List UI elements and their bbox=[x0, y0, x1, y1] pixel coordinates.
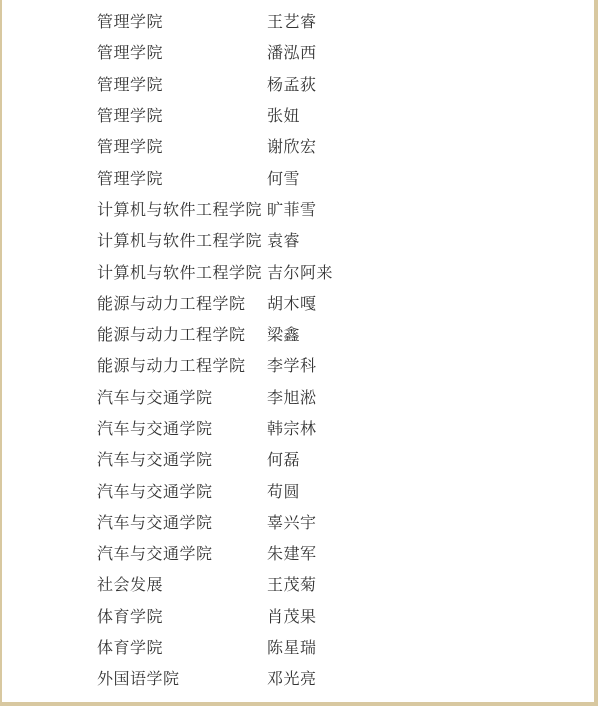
table-row: 计算机与软件工程学院 袁睿 bbox=[2, 224, 594, 255]
table-row: 汽车与交通学院 朱建军 bbox=[2, 537, 594, 568]
college-cell: 管理学院 bbox=[97, 134, 267, 157]
college-cell: 体育学院 bbox=[97, 604, 267, 627]
name-cell: 何磊 bbox=[267, 447, 300, 470]
table-row: 计算机与软件工程学院 旷菲雪 bbox=[2, 193, 594, 224]
college-cell: 管理学院 bbox=[97, 9, 267, 32]
table-row: 社会发展 王茂菊 bbox=[2, 568, 594, 599]
college-cell: 汽车与交通学院 bbox=[97, 416, 267, 439]
name-cell: 肖茂果 bbox=[267, 604, 317, 627]
page-frame: 管理学院 王艺睿 管理学院 潘泓西 管理学院 杨孟荻 管理学院 张妞 管理学院 … bbox=[0, 0, 598, 706]
table-row: 汽车与交通学院 苟圆 bbox=[2, 474, 594, 505]
college-cell: 外国语学院 bbox=[97, 666, 267, 689]
name-cell: 何雪 bbox=[267, 166, 300, 189]
name-cell: 辜兴宇 bbox=[267, 510, 317, 533]
college-cell: 能源与动力工程学院 bbox=[97, 353, 267, 376]
college-cell: 管理学院 bbox=[97, 103, 267, 126]
name-cell: 吉尔阿来 bbox=[267, 260, 333, 283]
name-cell: 王茂菊 bbox=[267, 572, 317, 595]
college-cell: 汽车与交通学院 bbox=[97, 541, 267, 564]
college-cell: 管理学院 bbox=[97, 40, 267, 63]
table-row: 体育学院 陈星瑞 bbox=[2, 631, 594, 662]
college-cell: 计算机与软件工程学院 bbox=[97, 197, 267, 220]
name-cell: 李学科 bbox=[267, 353, 317, 376]
college-cell: 能源与动力工程学院 bbox=[97, 322, 267, 345]
table-row: 管理学院 谢欣宏 bbox=[2, 130, 594, 161]
table-row: 管理学院 张妞 bbox=[2, 99, 594, 130]
table-row: 能源与动力工程学院 李学科 bbox=[2, 349, 594, 380]
name-cell: 韩宗林 bbox=[267, 416, 317, 439]
table-row: 管理学院 王艺睿 bbox=[2, 5, 594, 36]
table-row: 能源与动力工程学院 梁鑫 bbox=[2, 318, 594, 349]
college-cell: 计算机与软件工程学院 bbox=[97, 228, 267, 251]
table-row: 体育学院 肖茂果 bbox=[2, 600, 594, 631]
name-cell: 苟圆 bbox=[267, 479, 300, 502]
table-row: 管理学院 潘泓西 bbox=[2, 36, 594, 67]
college-cell: 能源与动力工程学院 bbox=[97, 291, 267, 314]
table-row: 管理学院 杨孟荻 bbox=[2, 68, 594, 99]
college-cell: 汽车与交通学院 bbox=[97, 510, 267, 533]
name-cell: 袁睿 bbox=[267, 228, 300, 251]
name-cell: 梁鑫 bbox=[267, 322, 300, 345]
college-cell: 管理学院 bbox=[97, 166, 267, 189]
name-cell: 邓光亮 bbox=[267, 666, 317, 689]
name-cell: 张妞 bbox=[267, 103, 300, 126]
college-cell: 汽车与交通学院 bbox=[97, 447, 267, 470]
name-cell: 潘泓西 bbox=[267, 40, 317, 63]
table-row: 汽车与交通学院 李旭淞 bbox=[2, 381, 594, 412]
college-cell: 汽车与交通学院 bbox=[97, 479, 267, 502]
table-row: 汽车与交通学院 何磊 bbox=[2, 443, 594, 474]
name-cell: 王艺睿 bbox=[267, 9, 317, 32]
college-cell: 管理学院 bbox=[97, 72, 267, 95]
name-cell: 胡木嘎 bbox=[267, 291, 317, 314]
name-cell: 旷菲雪 bbox=[267, 197, 317, 220]
name-cell: 朱建军 bbox=[267, 541, 317, 564]
table-row: 计算机与软件工程学院 吉尔阿来 bbox=[2, 255, 594, 286]
college-cell: 社会发展 bbox=[97, 572, 267, 595]
name-cell: 杨孟荻 bbox=[267, 72, 317, 95]
college-cell: 计算机与软件工程学院 bbox=[97, 260, 267, 283]
table-row: 能源与动力工程学院 胡木嘎 bbox=[2, 287, 594, 318]
name-cell: 李旭淞 bbox=[267, 385, 317, 408]
table-row: 外国语学院 邓光亮 bbox=[2, 662, 594, 693]
table-row: 管理学院 何雪 bbox=[2, 161, 594, 192]
roster-table: 管理学院 王艺睿 管理学院 潘泓西 管理学院 杨孟荻 管理学院 张妞 管理学院 … bbox=[2, 0, 594, 694]
college-cell: 汽车与交通学院 bbox=[97, 385, 267, 408]
table-row: 汽车与交通学院 韩宗林 bbox=[2, 412, 594, 443]
table-row: 汽车与交通学院 辜兴宇 bbox=[2, 506, 594, 537]
college-cell: 体育学院 bbox=[97, 635, 267, 658]
name-cell: 陈星瑞 bbox=[267, 635, 317, 658]
name-cell: 谢欣宏 bbox=[267, 134, 317, 157]
